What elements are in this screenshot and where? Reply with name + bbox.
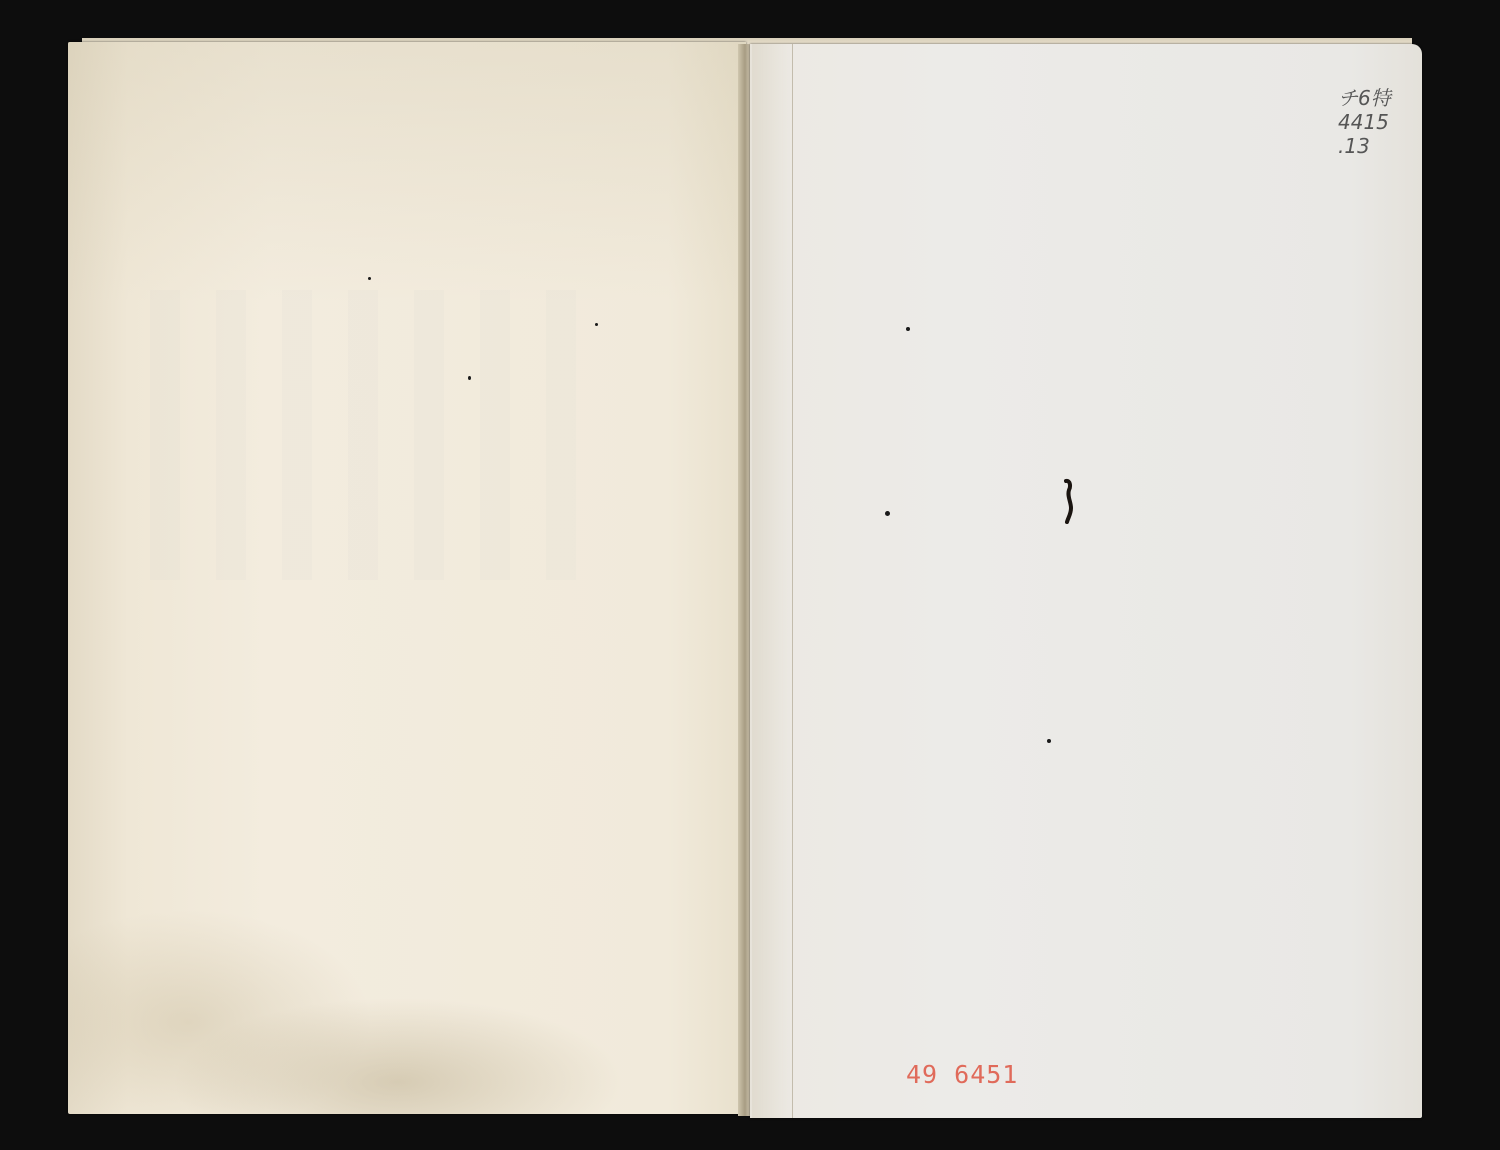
show-through-text [150, 290, 600, 580]
ink-speck [906, 327, 910, 331]
ink-speck [468, 376, 471, 380]
ink-speck [368, 277, 371, 280]
ink-speck [885, 511, 890, 516]
book-spread: チ6特 4415 .13 49 6451 [0, 0, 1500, 1150]
call-number-line-3: .13 [1338, 134, 1391, 158]
red-stamp-number: 49 6451 [906, 1060, 1018, 1089]
right-page [750, 44, 1422, 1118]
call-number-line-1: チ6特 [1338, 86, 1391, 110]
paper-discoloration [68, 42, 746, 302]
folded-flap [752, 44, 793, 1118]
ink-stroke-mark [1062, 478, 1076, 524]
handwritten-call-number: チ6特 4415 .13 [1338, 86, 1391, 158]
ink-speck [595, 323, 598, 326]
call-number-line-2: 4415 [1338, 110, 1391, 134]
ink-speck [1047, 739, 1051, 743]
